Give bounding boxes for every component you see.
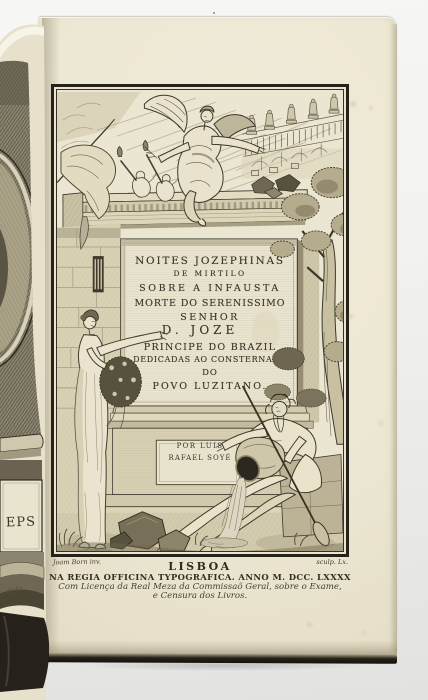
foxing-spot (369, 106, 373, 110)
wing (144, 95, 187, 132)
fore-edge-shadow (390, 24, 397, 652)
angel-figure (144, 95, 265, 226)
muse-figure (75, 310, 167, 551)
foxing-spot (307, 622, 312, 627)
pointing-arm (97, 332, 163, 356)
book-photo: NOITES JOZEPHINAS DE MIRTILO SOBRE A INF… (0, 0, 428, 700)
cast-shadow (42, 663, 402, 675)
foxing-spot (378, 420, 384, 426)
dust-speck (213, 12, 215, 14)
putti-figures (117, 140, 180, 201)
foxing-spot (362, 631, 366, 635)
facing-plaque-text: EPS (2, 514, 41, 530)
torch-flame (117, 146, 122, 156)
engraving-figures (57, 90, 343, 551)
engraved-plate: NOITES JOZEPHINAS DE MIRTILO SOBRE A INF… (51, 84, 349, 557)
plate-border: NOITES JOZEPHINAS DE MIRTILO SOBRE A INF… (56, 89, 344, 552)
foxing-spot (348, 314, 353, 319)
foxing-spot (350, 101, 356, 107)
banner-drape (57, 119, 116, 249)
imprint-publisher: NA REGIA OFFICINA TYPOGRAFICA. ANNO M. D… (40, 572, 360, 582)
river-god-figure (155, 386, 343, 551)
quill (144, 146, 157, 158)
imprint-license-2: e Censura dos Livros. (40, 591, 360, 601)
